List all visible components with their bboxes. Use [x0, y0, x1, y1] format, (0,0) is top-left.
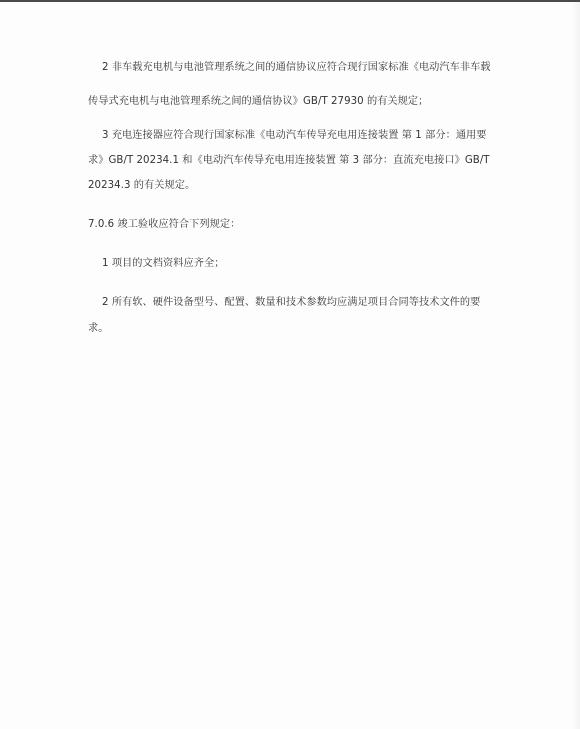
section-7-0-6-heading: 7.0.6 竣工验收应符合下列规定： [88, 218, 240, 232]
item-1-line: 1 项目的文档资料应齐全； [102, 257, 224, 271]
clause-3-line-3: 20234.3 的有关规定。 [88, 179, 195, 193]
clause-3-line-1: 3 充电连接器应符合现行国家标准《电动汽车传导充电用连接装置 第 1 部分：通用… [102, 129, 487, 143]
clause-2-line-2: 传导式充电机与电池管理系统之间的通信协议》GB/T 27930 的有关规定； [88, 95, 428, 109]
document-page: 2 非车载充电机与电池管理系统之间的通信协议应符合现行国家标准《电动汽车非车载 … [0, 0, 572, 729]
item-2-line-1: 2 所有软、硬件设备型号、配置、数量和技术参数均应满足项目合同等技术文件的要 [102, 296, 480, 310]
page-right-edge [572, 2, 580, 729]
item-2-line-2: 求。 [88, 322, 108, 336]
clause-2-line-1: 2 非车载充电机与电池管理系统之间的通信协议应符合现行国家标准《电动汽车非车载 [102, 61, 491, 75]
clause-3-line-2: 求》GB/T 20234.1 和《电动汽车传导充电用连接装置 第 3 部分：直流… [88, 154, 490, 168]
